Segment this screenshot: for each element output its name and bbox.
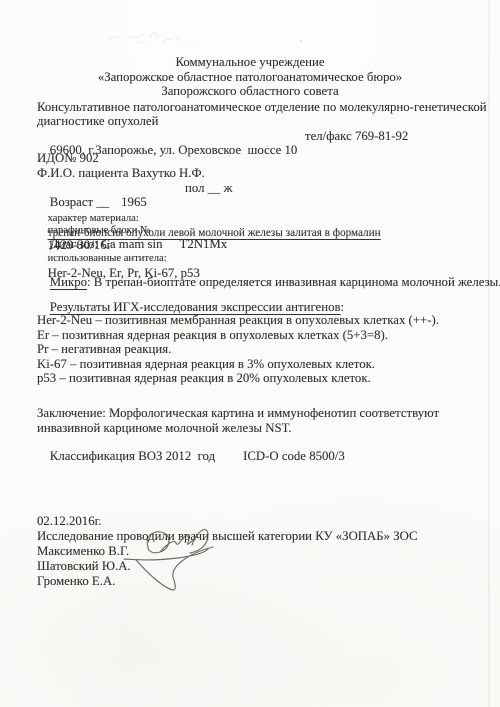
scanned-report-page: Коммунальное учреждение «Запорожское обл… — [0, 0, 500, 707]
sex-group: пол __ ж — [185, 181, 233, 195]
doctor-name-3: Громенко Е.А. — [37, 574, 115, 588]
sex-value: ж — [224, 181, 233, 195]
conclusion-line-2: инвазивной карциноме молочной железы NST… — [37, 421, 292, 435]
icd-code: ICD-O code 8500/3 — [243, 449, 345, 463]
pencil-smudge — [104, 27, 224, 51]
patient-name-line: Ф.И.О. пациента Вахутко Н.Ф. — [37, 166, 205, 180]
conclusion-line-1: Заключение: Морфологическая картина и им… — [37, 406, 439, 420]
department-line-2: диагностике опухолей — [37, 114, 158, 128]
classification-line: Классификация ВОЗ 2012 годICD-O code 850… — [37, 435, 345, 477]
results-heading-text: Результаты ИГХ-исследования экспрессии а… — [50, 300, 341, 314]
case-id-line: ИДО№ 902 — [37, 151, 99, 165]
who-classification: Классификация ВОЗ 2012 год — [50, 449, 215, 463]
result-ki67-line: Ki-67 – позитивная ядерная реакция в 3% … — [37, 357, 375, 371]
org-name-line: «Запорожское областное патологоанатомиче… — [0, 70, 500, 84]
doctor-name-2: Шатовский Ю.А. — [37, 559, 131, 573]
results-heading-colon: : — [341, 300, 345, 314]
sex-label: пол __ — [185, 181, 220, 195]
scanner-edge-artifact — [488, 0, 490, 707]
org-type-line: Коммунальное учреждение — [0, 55, 500, 69]
signature — [118, 521, 222, 601]
report-date: 02.12.2016г. — [37, 514, 102, 528]
org-council-line: Запорожского областного совета — [0, 84, 500, 98]
scan-speck — [300, 40, 302, 42]
result-p53-line: p53 – позитивная ядерная реакция в 20% о… — [37, 371, 371, 385]
doctor-name-1: Максименко В.Г. — [37, 544, 129, 558]
department-line-1: Консультативное патологоанатомическое от… — [37, 100, 487, 114]
performed-by-line: Исследование проводили врачи высшей кате… — [37, 529, 418, 543]
result-her2-line: Her-2-Neu – позитивная мембранная реакци… — [37, 313, 439, 327]
result-er-line: Er – позитивная ядерная реакция в опухол… — [37, 328, 388, 342]
phone-fax: тел/факс 769-81-92 — [305, 129, 408, 143]
result-pr-line: Pr – негативная реакция. — [37, 342, 171, 356]
